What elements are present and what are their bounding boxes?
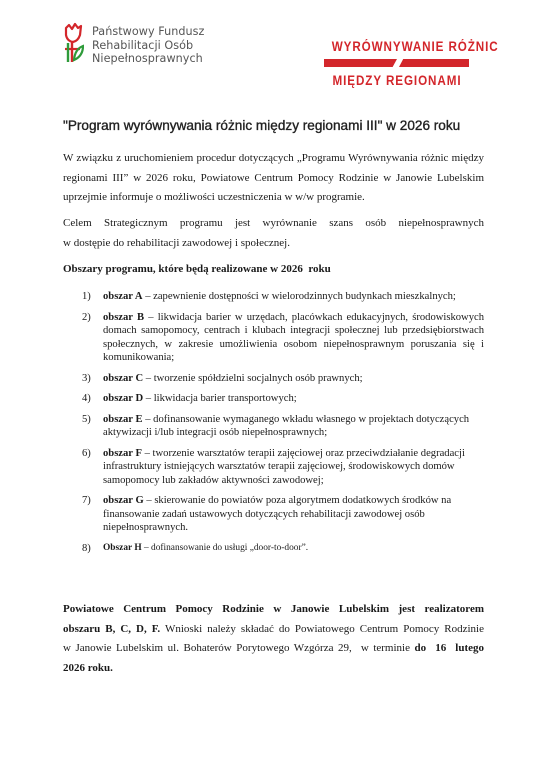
areas-list: 1)obszar A – zapewnienie dostępności w w… [82,290,484,562]
list-item: 1)obszar A – zapewnienie dostępności w w… [82,290,484,304]
intro-paragraph: W związku z uruchomieniem procedur dotyc… [63,149,484,208]
area-label: obszar A [103,291,143,302]
pfron-name-line: Niepełnosprawnych [92,52,204,66]
area-label: obszar D [103,393,143,404]
area-label: obszar F [103,448,142,459]
program-logo: WYRÓWNYWANIE RÓŻNIC MIĘDZY REGIONAMI [322,39,472,88]
program-logo-top: WYRÓWNYWANIE RÓŻNIC [332,39,463,54]
page-title: "Program wyrównywania różnic między regi… [63,118,460,133]
program-logo-bars [322,59,472,67]
goal-paragraph: Celem Strategicznym programu jest wyrówn… [63,214,484,253]
list-item: 2)obszar B – likwidacja barier w urzędac… [82,311,484,365]
areas-heading: Obszary programu, które będą realizowane… [63,263,331,275]
program-logo-bottom: MIĘDZY REGIONAMI [332,73,463,88]
area-label: obszar E [103,414,143,425]
pfron-name-line: Państwowy Fundusz [92,25,204,39]
closing-paragraph: Powiatowe Centrum Pomocy Rodzinie w Jano… [63,600,484,678]
pfron-logo: Państwowy Fundusz Rehabilitacji Osób Nie… [62,22,204,66]
area-label: Obszar H [103,543,142,553]
tulip-icon [62,22,84,64]
goal-line: Celem Strategicznym programu jest wyrówn… [63,214,484,234]
list-item: 4)obszar D – likwidacja barier transport… [82,392,484,406]
area-label: obszar G [103,495,144,506]
logo-bar-right [399,59,469,67]
area-label: obszar C [103,373,143,384]
list-item: 8)Obszar H – dofinansowanie do usługi „d… [82,542,484,556]
area-label: obszar B [103,312,144,323]
document-header: Państwowy Fundusz Rehabilitacji Osób Nie… [0,0,547,100]
list-item: 6)obszar F – tworzenie warsztatów terapi… [82,447,484,488]
logo-bar-left [324,59,397,67]
goal-line: w dostępie do rehabilitacji zawodowej i … [63,237,290,249]
pfron-name-line: Rehabilitacji Osób [92,39,204,53]
list-item: 5)obszar E – dofinansowanie wymaganego w… [82,413,484,440]
list-item: 7)obszar G – skierowanie do powiatów poz… [82,494,484,535]
deadline: 2026 roku. [63,662,113,674]
list-item: 3)obszar C – tworzenie spółdzielni socja… [82,372,484,386]
